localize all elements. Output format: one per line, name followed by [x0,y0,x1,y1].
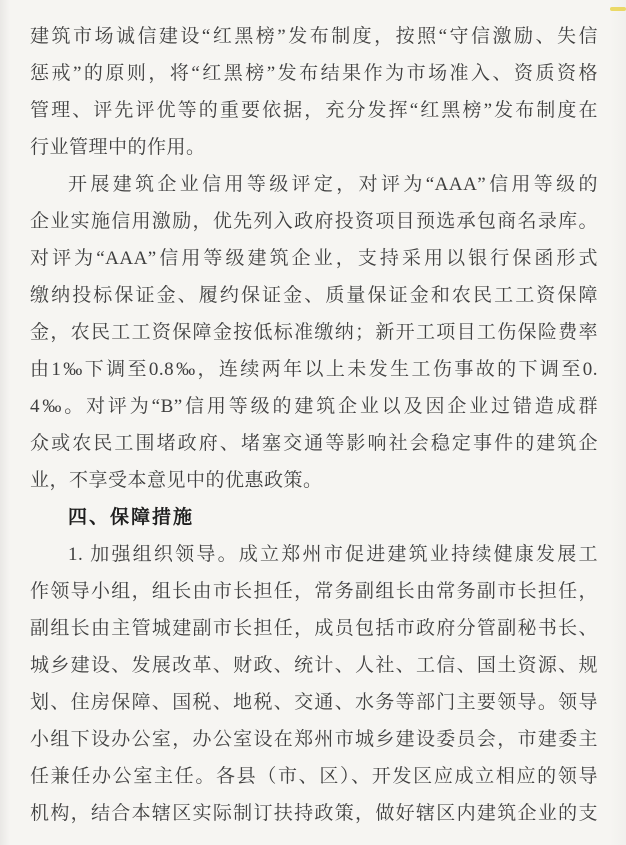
text-line: 行业管理中的作用。 [30,129,598,166]
text-line: 小组下设办公室，办公室设在郑州市城乡建设委员会，市建委主 [30,721,598,758]
text-line: 由1‰下调至0.8‰，连续两年以上未发生工伤事故的下调至0. [30,351,598,388]
text-line: 企业实施信用激励，优先列入政府投资项目预选承包商名录库。 [30,203,598,240]
text-line: 4‰。对评为“B”信用等级的建筑企业以及因企业过错造成群 [30,388,598,425]
text-line: 任兼任办公室主任。各县（市、区）、开发区应成立相应的领导 [30,758,598,795]
yellow-scan-mark [610,7,626,11]
text-line: 城乡建设、发展改革、财政、统计、人社、工信、国土资源、规 [30,647,598,684]
text-line: 缴纳投标保证金、履约保证金、质量保证金和农民工工资保障 [30,277,598,314]
text-line: 惩戒”的原则，将“红黑榜”发布结果作为市场准入、资质资格 [30,55,598,92]
text-line: 机构，结合本辖区实际制订扶持政策，做好辖区内建筑企业的支 [30,795,598,832]
text-line: 众或农民工围堵政府、堵塞交通等影响社会稳定事件的建筑企 [30,425,598,462]
section-heading: 四、保障措施 [30,499,598,536]
text-line: 副组长由主管城建副市长担任，成员包括市政府分管副秘书长、 [30,610,598,647]
text-line: 作领导小组，组长由市长担任，常务副组长由常务副市长担任， [30,573,598,610]
text-line: 对评为“AAA”信用等级建筑企业，支持采用以银行保函形式 [30,240,598,277]
text-line: 金，农民工工资保障金按低标准缴纳；新开工项目工伤保险费率 [30,314,598,351]
text-line: 建筑市场诚信建设“红黑榜”发布制度，按照“守信激励、失信 [30,18,598,55]
document-body: 建筑市场诚信建设“红黑榜”发布制度，按照“守信激励、失信惩戒”的原则，将“红黑榜… [30,18,598,832]
text-line: 业，不享受本意见中的优惠政策。 [30,462,598,499]
text-line: 划、住房保障、国税、地税、交通、水务等部门主要领导。领导 [30,684,598,721]
text-line: 开展建筑企业信用等级评定，对评为“AAA”信用等级的 [30,166,598,203]
document-page: 建筑市场诚信建设“红黑榜”发布制度，按照“守信激励、失信惩戒”的原则，将“红黑榜… [0,0,626,845]
text-line: 管理、评先评优等的重要依据，充分发挥“红黑榜”发布制度在 [30,92,598,129]
text-line: 1. 加强组织领导。成立郑州市促进建筑业持续健康发展工 [30,536,598,573]
